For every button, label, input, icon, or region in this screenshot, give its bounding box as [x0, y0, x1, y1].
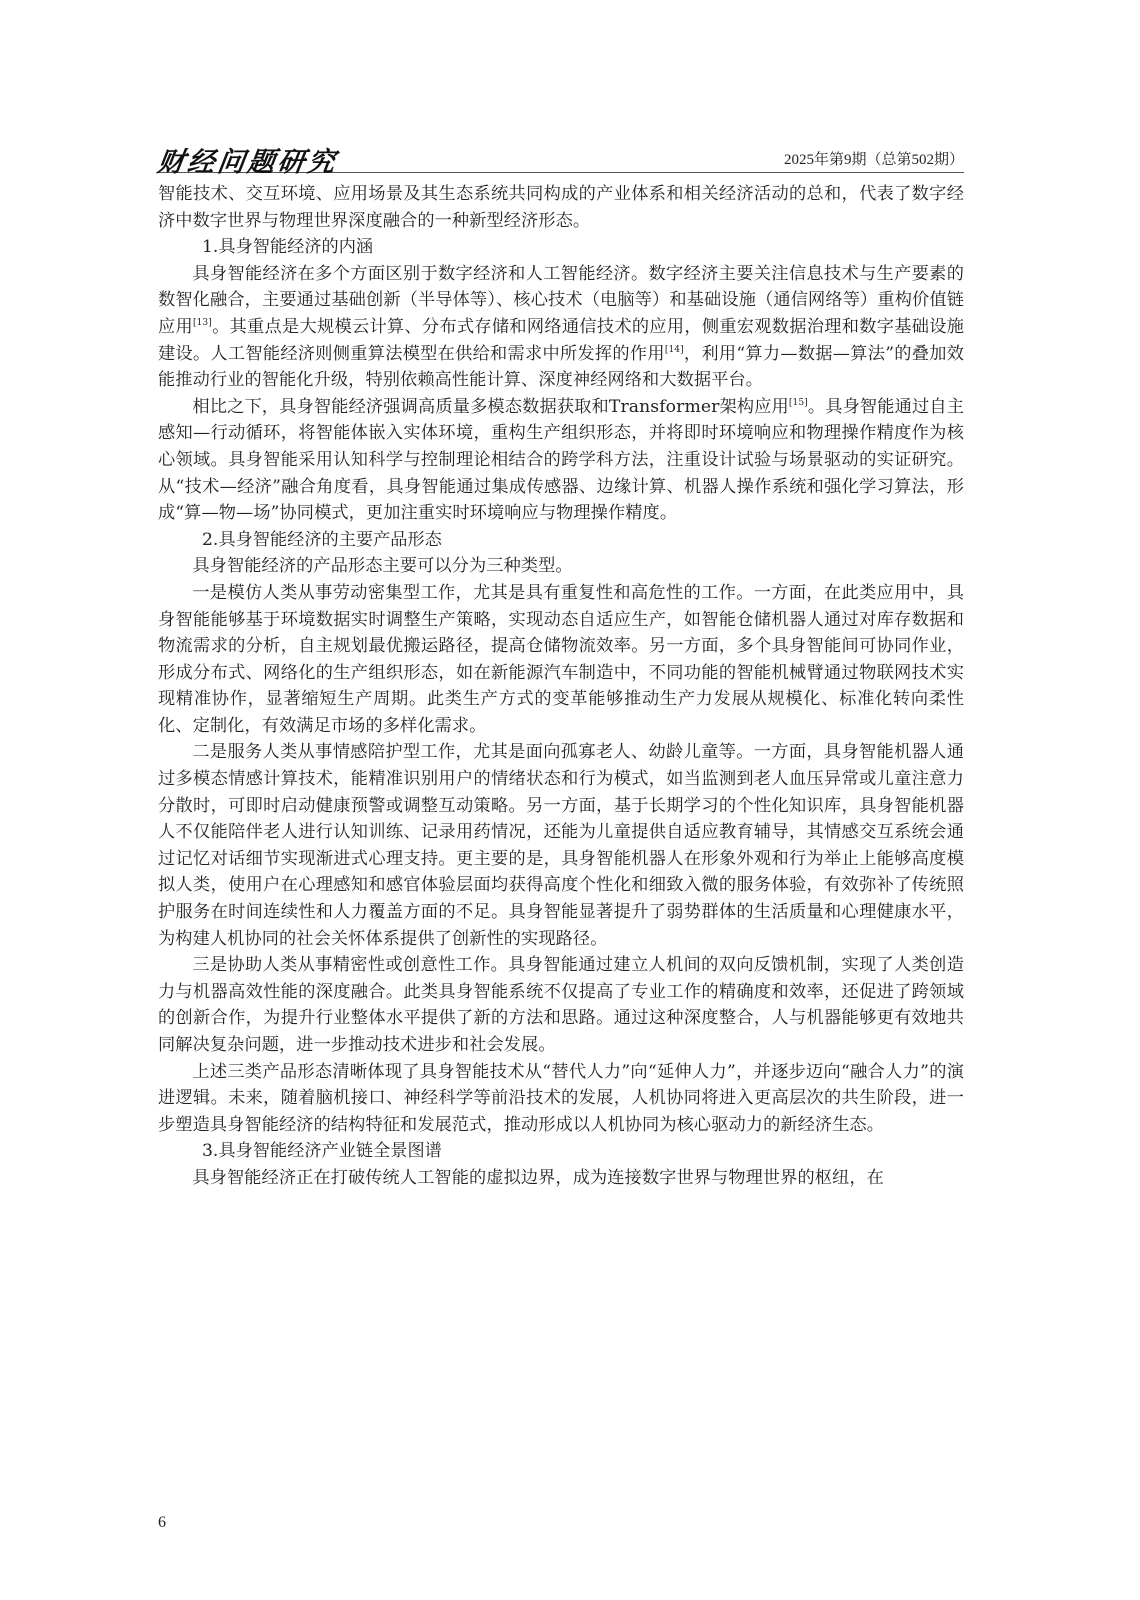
section-heading-1: 1.具身智能经济的内涵: [158, 234, 964, 261]
paragraph-continued: 智能技术、交互环境、应用场景及其生态系统共同构成的产业体系和相关经济活动的总和，…: [158, 181, 964, 234]
paragraph-text: 相比之下，具身智能经济强调高质量多模态数据获取和Transformer架构应用: [192, 397, 789, 417]
paragraph-type-1: 一是模仿人类从事劳动密集型工作，尤其是具有重复性和高危性的工作。一方面，在此类应…: [158, 580, 964, 740]
paragraph-type-2: 二是服务人类从事情感陪护型工作，尤其是面向孤寡老人、幼龄儿童等。一方面，具身智能…: [158, 739, 964, 952]
citation-ref: [15]: [789, 398, 808, 408]
paragraph-industry-chain: 具身智能经济正在打破传统人工智能的虚拟边界，成为连接数字世界与物理世界的枢纽，在: [158, 1165, 964, 1192]
paragraph-summary: 上述三类产品形态清晰体现了具身智能技术从“替代人力”向“延伸人力”，并逐步迈向“…: [158, 1059, 964, 1139]
page-header: 财经问题研究 2025年第9期（总第502期）: [158, 140, 964, 173]
paragraph-intro-types: 具身智能经济的产品形态主要可以分为三种类型。: [158, 553, 964, 580]
citation-ref: [13]: [193, 318, 212, 328]
issue-info: 2025年第9期（总第502期）: [784, 148, 964, 169]
section-heading-3: 3.具身智能经济产业链全景图谱: [158, 1138, 964, 1165]
article-body: 智能技术、交互环境、应用场景及其生态系统共同构成的产业体系和相关经济活动的总和，…: [158, 181, 964, 1192]
section-heading-2: 2.具身智能经济的主要产品形态: [158, 527, 964, 554]
citation-ref: [14]: [665, 345, 684, 355]
paragraph-comparison: 相比之下，具身智能经济强调高质量多模态数据获取和Transformer架构应用[…: [158, 394, 964, 527]
journal-masthead: 财经问题研究: [155, 140, 340, 179]
page-number: 6: [158, 1514, 166, 1532]
paragraph-connotation: 具身智能经济在多个方面区别于数字经济和人工智能经济。数字经济主要关注信息技术与生…: [158, 261, 964, 394]
paragraph-type-3: 三是协助人类从事精密性或创意性工作。具身智能通过建立人机间的双向反馈机制，实现了…: [158, 952, 964, 1058]
